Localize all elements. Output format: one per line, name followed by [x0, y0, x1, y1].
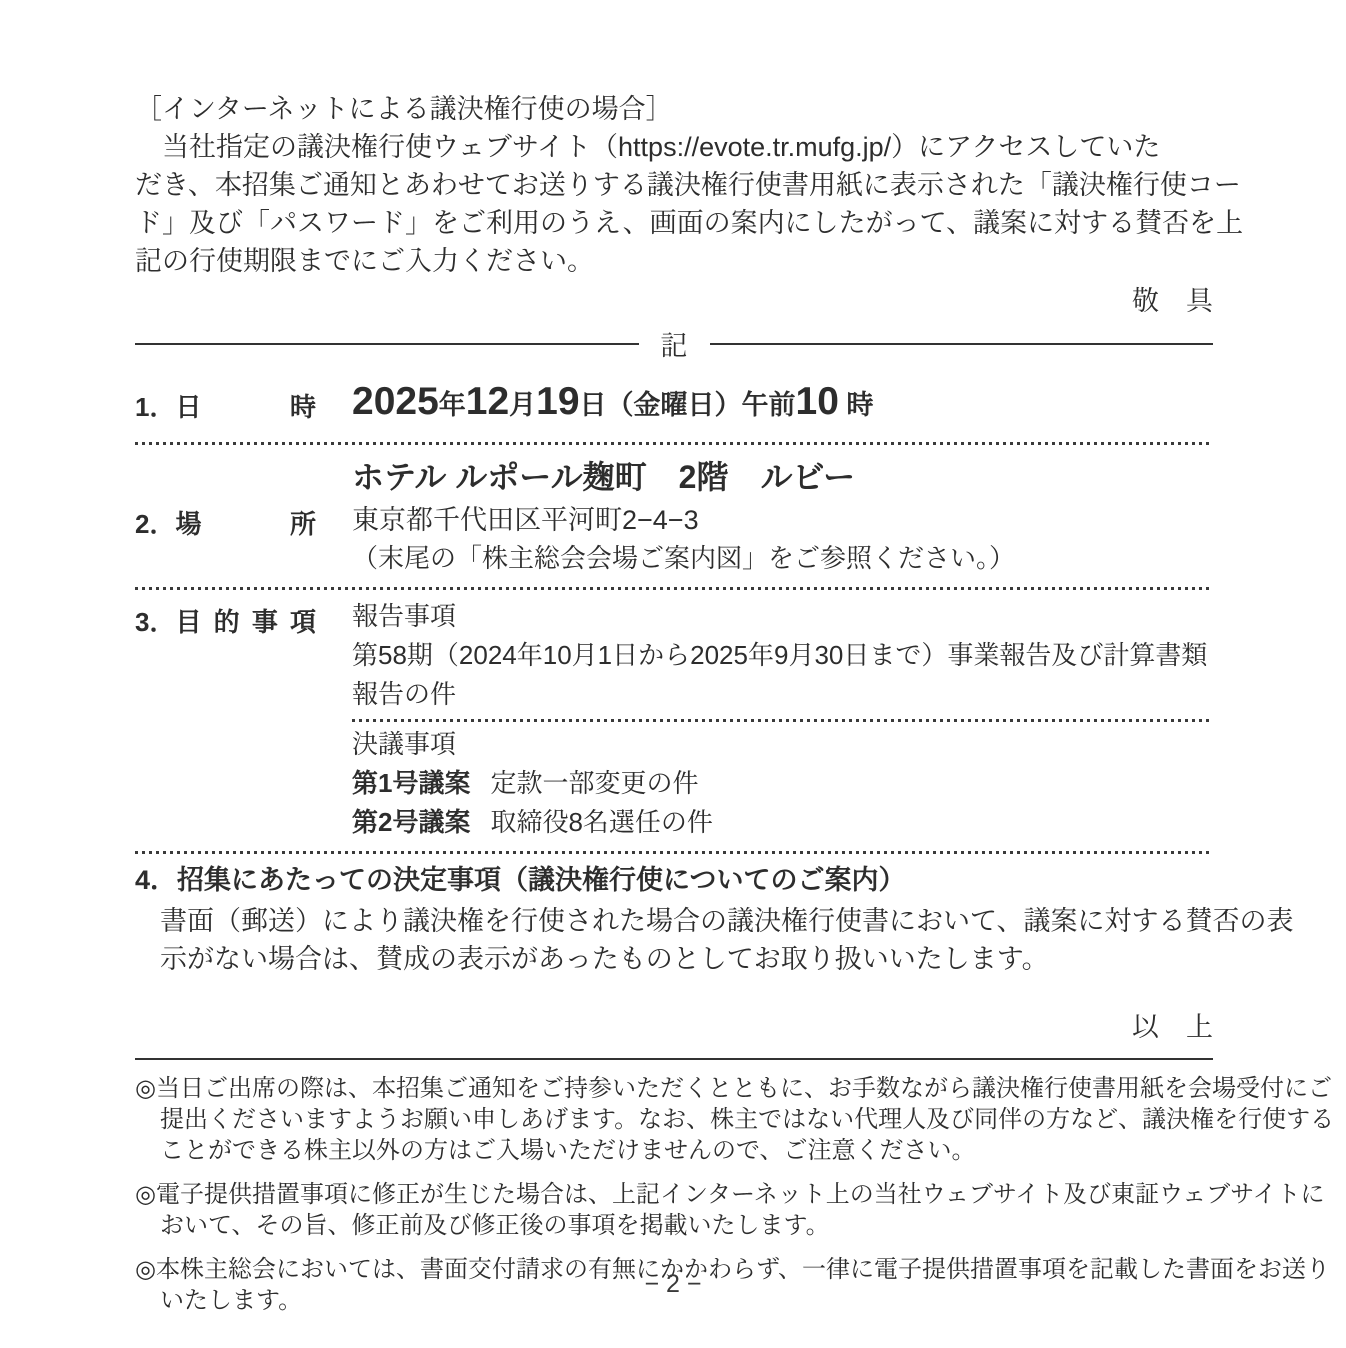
item-number: 1． [135, 387, 175, 424]
item-number: 2． [135, 504, 175, 541]
item-label-text: 目的事項 [175, 602, 316, 639]
footnote-divider-line [135, 1058, 1213, 1060]
dotted-divider [135, 587, 1213, 590]
internet-voting-title: ［インターネットによる議決権行使の場合］ [135, 90, 1213, 128]
page-number: − 2 − [0, 1270, 1346, 1299]
agenda-content: 報告事項 第58期（2024年10月1日から2025年9月30日まで）事業報告及… [352, 597, 1213, 842]
item-number: 3． [135, 602, 175, 639]
ki-label: 記 [639, 324, 710, 363]
item-agenda-row: 3． 目的事項 報告事項 第58期（2024年10月1日から2025年9月30日… [135, 593, 1213, 848]
dotted-divider [135, 442, 1213, 445]
item-venue-label: 2． 場所 [135, 454, 352, 576]
closing-keigu: 敬 具 [135, 284, 1213, 318]
proposal-2-text: 取締役8名選任の件 [490, 807, 712, 837]
divider-line-right [710, 343, 1214, 345]
resolution-header: 決議事項 [352, 725, 1213, 764]
proposal-1-label: 第1号議案 [352, 768, 470, 798]
dotted-divider [135, 851, 1213, 854]
report-item-line: 報告の件 [352, 675, 1213, 714]
proposal-2-label: 第2号議案 [352, 807, 470, 837]
footnote-amendments: ◎電子提供措置事項に修正が生じた場合は、上記インターネット上の当社ウェブサイト及… [135, 1179, 1213, 1241]
proposal-1-text: 定款一部変更の件 [490, 768, 698, 798]
item-decisions-heading: 4．招集にあたっての決定事項（議決権行使についてのご案内） [135, 862, 1213, 898]
item-label-text: 日時 [175, 387, 316, 424]
venue-content: ホテル ルポール麹町 2階 ルビー 東京都千代田区平河町2−4−3 （末尾の「株… [352, 454, 1213, 576]
item-label-text: 場所 [175, 504, 316, 541]
divider-line-left [135, 343, 639, 345]
footnote-attendance: ◎当日ご出席の際は、本招集ご通知をご持参いただくとともに、お手数ながら議決権行使… [135, 1073, 1213, 1166]
internet-voting-section: ［インターネットによる議決権行使の場合］ 当社指定の議決権行使ウェブサイト（ht… [135, 90, 1213, 280]
dotted-divider-inner [352, 719, 1213, 722]
report-item-line: 第58期（2024年10月1日から2025年9月30日まで）事業報告及び計算書類 [352, 636, 1213, 675]
ki-divider: 記 [135, 324, 1213, 363]
page-content: ［インターネットによる議決権行使の場合］ 当社指定の議決権行使ウェブサイト（ht… [135, 0, 1213, 1316]
internet-voting-paragraph: 当社指定の議決権行使ウェブサイト（https://evote.tr.mufg.j… [135, 128, 1213, 280]
proposal-2: 第2号議案取締役8名選任の件 [352, 803, 1213, 842]
item-number: 4． [135, 865, 177, 895]
item-venue-row: 2． 場所 ホテル ルポール麹町 2階 ルビー 東京都千代田区平河町2−4−3 … [135, 448, 1213, 584]
decisions-body: 書面（郵送）により議決権を行使された場合の議決権行使書において、議案に対する賛否… [160, 902, 1213, 978]
decisions-heading-text: 招集にあたっての決定事項（議決権行使についてのご案内） [177, 865, 905, 895]
item-datetime-row: 1． 日時 2025年12月19日（金曜日）午前10 時 [135, 371, 1213, 439]
proposal-1: 第1号議案定款一部変更の件 [352, 764, 1213, 803]
venue-name: ホテル ルポール麹町 2階 ルビー [352, 454, 1213, 500]
item-agenda-label: 3． 目的事項 [135, 597, 352, 842]
datetime-value: 2025年12月19日（金曜日）午前10 時 [352, 379, 1213, 433]
venue-map-note: （末尾の「株主総会会場ご案内図」をご参照ください。） [352, 540, 1213, 576]
report-header: 報告事項 [352, 597, 1213, 636]
venue-address: 東京都千代田区平河町2−4−3 [352, 500, 1213, 540]
closing-ijo: 以 上 [135, 1010, 1213, 1044]
item-datetime-label: 1． 日時 [135, 379, 352, 433]
